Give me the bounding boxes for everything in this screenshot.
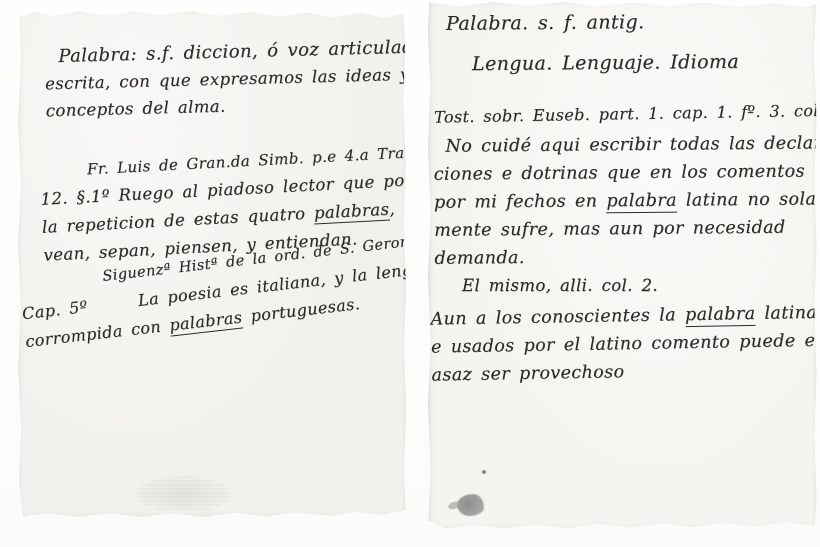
underlined-word: palabras	[168, 307, 243, 336]
smudge-mark	[135, 476, 230, 512]
manuscript-scan: Palabra: s.f. diccion, ó voz articulada,…	[0, 0, 820, 547]
citation-tostado-block: No cuidé aqui escribir todas las declara…	[433, 129, 820, 273]
citation-reference: El mismo, alli. col. 2.	[462, 276, 658, 295]
underlined-word: palabras	[313, 200, 389, 225]
handwritten-line: demanda.	[434, 241, 820, 273]
line-text: latina no sola-	[677, 189, 820, 210]
citation-mismo-block: Aun a los conoscientes la palabra latina…	[430, 298, 820, 389]
handwritten-line: ciones e dotrinas que en los comentos	[434, 157, 820, 189]
handwritten-line: por mi fechos en palabra latina no sola-	[434, 185, 820, 217]
headword-line: Palabra. s. f. antig.	[446, 11, 645, 35]
manuscript-page-left: Palabra: s.f. diccion, ó voz articulada,…	[15, 8, 408, 522]
definition-block: Palabra: s.f. diccion, ó voz articulada,…	[44, 33, 453, 125]
line-text: por mi fechos en	[434, 191, 607, 213]
handwritten-line: mente sufre, mas aun por necesidad	[434, 213, 820, 245]
handwritten-line: No cuidé aqui escribir todas las declara…	[433, 129, 820, 161]
line-text: latina,	[755, 303, 820, 324]
ink-stain	[457, 494, 484, 516]
synonyms-line: Lengua. Lenguaje. Idioma	[472, 51, 739, 75]
line-text: ,	[389, 199, 396, 218]
line-text: Aun a los conoscientes la	[430, 305, 685, 329]
underlined-word: palabra	[685, 304, 756, 327]
manuscript-page-right: Palabra. s. f. antig. Lengua. Lenguaje. …	[426, 0, 818, 534]
underlined-word: palabra	[606, 191, 677, 214]
ink-stain-dot	[482, 470, 486, 474]
